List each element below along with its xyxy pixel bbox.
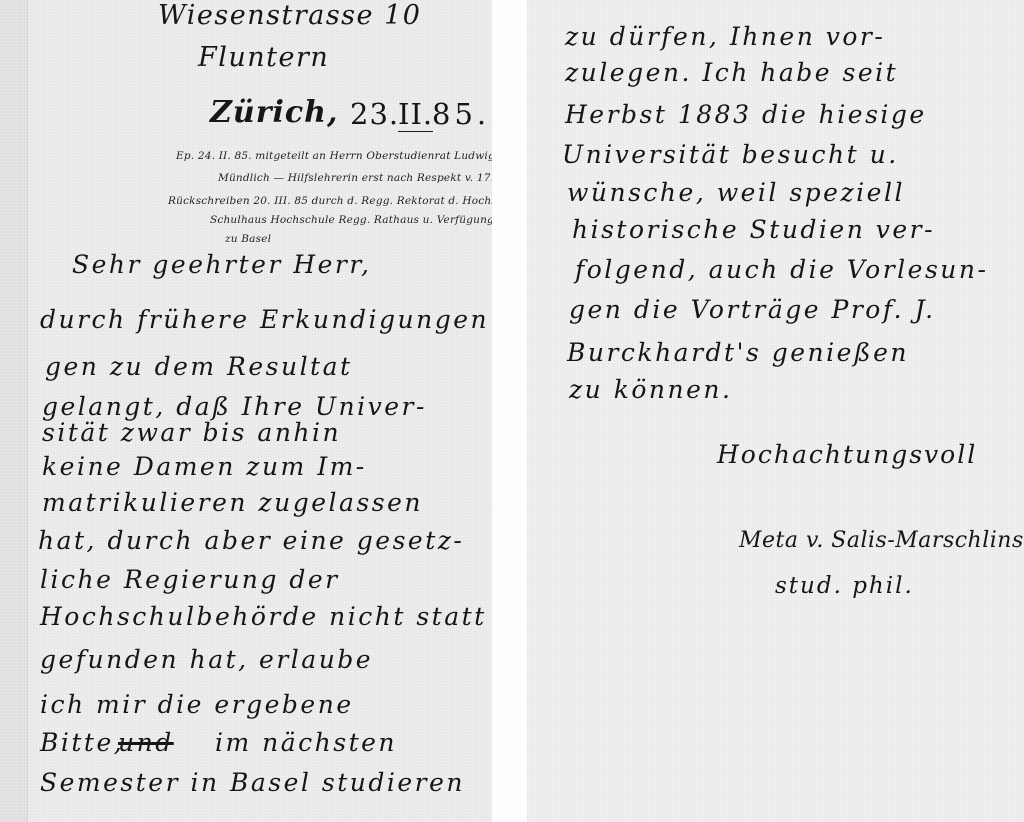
annotation-line: Rückschreiben 20. III. 85 durch d. Regg.…: [168, 195, 492, 207]
body-line: keine Damen zum Im-: [42, 452, 367, 481]
body-line: ich mir die ergebene: [40, 690, 354, 719]
body-line: gefunden hat, erlaube: [40, 645, 373, 674]
body-line: hat, durch aber eine gesetz-: [38, 526, 464, 555]
struck-word: und: [118, 728, 174, 757]
body-line: Bitte,: [40, 728, 124, 757]
body-line: zu können.: [569, 375, 732, 404]
body-line: Hochschulbehörde nicht statt: [40, 602, 487, 631]
annotation-line: zu Basel: [225, 233, 271, 245]
body-line: Semester in Basel studieren: [40, 768, 465, 797]
body-line: gelangt, daß Ihre Univer-: [42, 392, 427, 421]
closing-phrase: Hochachtungsvoll: [717, 440, 977, 469]
paper-fold-line: [27, 0, 28, 822]
body-line: zu dürfen, Ihnen vor-: [565, 22, 885, 51]
salutation: Sehr geehrter Herr,: [72, 250, 372, 279]
address-street: Wiesenstrasse 10: [158, 0, 421, 31]
letter-page-right: zu dürfen, Ihnen vor- zulegen. Ich habe …: [527, 0, 1024, 822]
signature-name: Meta v. Salis-Marschlins: [739, 528, 1024, 553]
body-line: Universität besucht u.: [562, 140, 899, 169]
date-month-text: II.: [398, 97, 433, 132]
body-line: gen zu dem Resultat: [45, 352, 353, 381]
letter-page-left: Wiesenstrasse 10 Fluntern Zürich, 23. II…: [0, 0, 492, 822]
place-name: Zürich,: [210, 95, 338, 130]
body-line: matrikulieren zugelassen: [42, 488, 423, 517]
body-line: folgend, auch die Vorlesun-: [575, 255, 988, 284]
annotation-line: Ep. 24. II. 85. mitgeteilt an Herrn Ober…: [176, 150, 492, 162]
page-gutter: [492, 0, 527, 822]
annotation-line: Mündlich — Hilfslehrerin erst nach Respe…: [218, 172, 492, 184]
address-district: Fluntern: [198, 42, 329, 73]
body-line: sität zwar bis anhin: [42, 418, 341, 447]
body-line: liche Regierung der: [40, 565, 340, 594]
body-line: historische Studien ver-: [572, 215, 935, 244]
body-line: wünsche, weil speziell: [567, 178, 905, 207]
date-year: 85.: [432, 97, 490, 131]
body-line: zulegen. Ich habe seit: [565, 58, 898, 87]
body-line: gen die Vorträge Prof. J.: [569, 295, 936, 324]
signature-title: stud. phil.: [775, 573, 914, 599]
date-month: II.: [398, 97, 433, 131]
date-day: 23.: [350, 97, 399, 131]
body-line: durch frühere Erkundigungen: [40, 305, 489, 334]
body-line: Herbst 1883 die hiesige: [565, 100, 927, 129]
body-line: im nächsten: [215, 728, 397, 757]
paper-edge-strip: [0, 0, 27, 822]
annotation-line: Schulhaus Hochschule Regg. Rathaus u. Ve…: [210, 214, 492, 226]
body-line: Burckhardt's genießen: [567, 338, 909, 367]
